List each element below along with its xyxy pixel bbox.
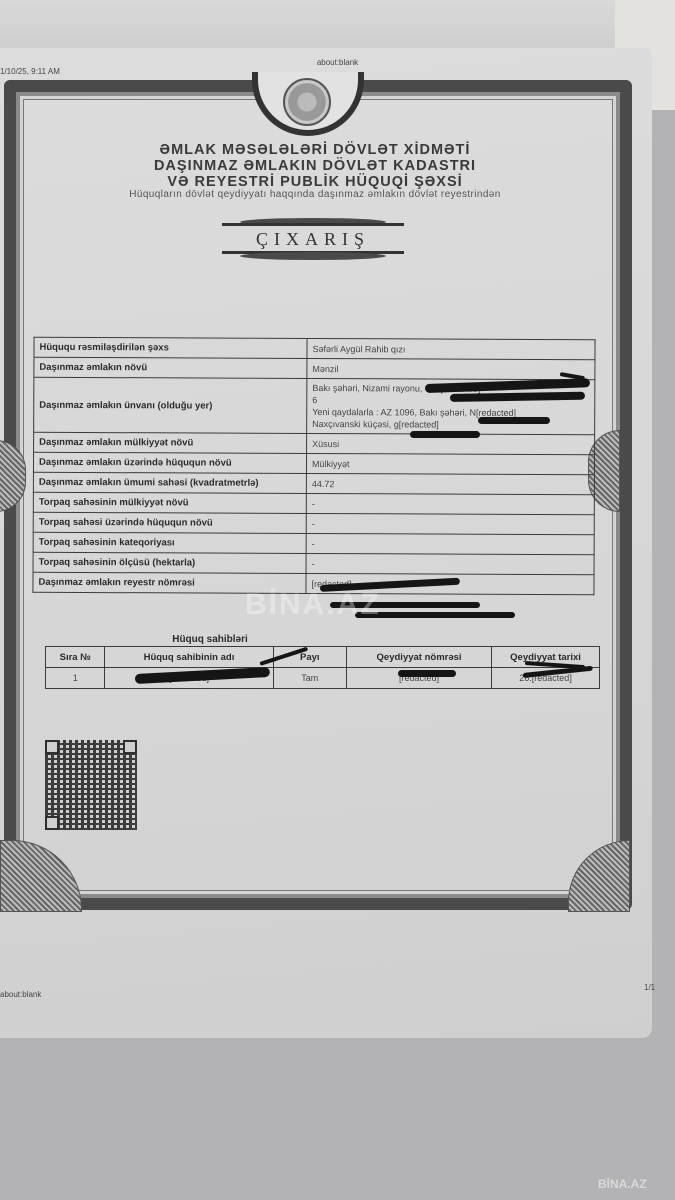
organization-line-2: DAŞINMAZ ƏMLAKIN DÖVLƏT KADASTRI xyxy=(90,158,540,174)
print-footer-page: 1/1 xyxy=(644,983,655,992)
info-label: Daşınmaz əmlakın ümumi sahəsi (kvadratme… xyxy=(33,472,306,493)
info-value: Səfərli Aygül Rahib qızı xyxy=(307,338,595,359)
info-row: Daşınmaz əmlakın mülkiyyət növüXüsusi xyxy=(34,432,595,454)
info-value: - xyxy=(306,493,594,514)
owners-cell: 1 xyxy=(46,668,105,689)
organization-line-1: ƏMLAK MƏSƏLƏLƏRİ DÖVLƏT XİDMƏTİ xyxy=(90,142,540,158)
owners-column-header: Sıra № xyxy=(46,647,105,668)
redaction-mark xyxy=(478,417,550,424)
banner-rule xyxy=(222,223,404,226)
info-row: Daşınmaz əmlakın üzərində hüququn növüMü… xyxy=(33,452,594,474)
qr-finder xyxy=(45,740,59,754)
info-label: Torpaq sahəsi üzərində hüququn növü xyxy=(33,512,306,533)
info-label: Torpaq sahəsinin kateqoriyası xyxy=(33,532,306,553)
info-value: Mənzil xyxy=(307,358,595,379)
watermark: BİNA.AZ xyxy=(245,588,381,622)
info-value: 44.72 xyxy=(306,473,594,494)
redaction-mark xyxy=(398,670,456,677)
info-value: - xyxy=(306,553,594,574)
info-row: Torpaq sahəsi üzərində hüququn növü- xyxy=(33,512,594,534)
info-row: Torpaq sahəsinin ölçüsü (hektarla)- xyxy=(33,552,594,574)
print-header-date: 1/10/25, 9:11 AM xyxy=(0,67,60,76)
organization-line-3: VƏ REYESTRİ PUBLİK HÜQUQİ ŞƏXSİ xyxy=(90,174,540,190)
print-header-url: about:blank xyxy=(0,58,675,67)
redaction-mark xyxy=(410,431,480,438)
owners-table: Sıra №Hüquq sahibinin adıPayıQeydiyyat n… xyxy=(45,646,600,689)
qr-finder xyxy=(45,816,59,830)
info-label: Daşınmaz əmlakın növü xyxy=(34,357,307,378)
info-row: Hüququ rəsmiləşdirilən şəxsSəfərli Aygül… xyxy=(34,337,595,359)
qr-code-icon xyxy=(45,740,137,830)
info-label: Daşınmaz əmlakın üzərində hüququn növü xyxy=(33,452,306,473)
state-emblem-icon xyxy=(283,78,331,126)
owners-cell: Tam xyxy=(273,668,347,689)
document-title: ÇIXARIŞ xyxy=(222,229,404,250)
info-row: Daşınmaz əmlakın növüMənzil xyxy=(34,357,595,379)
info-row: Torpaq sahəsinin mülkiyyət növü- xyxy=(33,492,594,514)
document-subtitle: Hüquqların dövlət qeydiyyatı haqqında da… xyxy=(80,189,550,200)
info-value: - xyxy=(306,533,594,554)
owners-column-header: Hüquq sahibinin adı xyxy=(105,647,273,668)
info-label: Torpaq sahəsinin ölçüsü (hektarla) xyxy=(33,552,306,573)
info-label: Daşınmaz əmlakın ünvanı (olduğu yer) xyxy=(34,377,307,433)
info-row: Daşınmaz əmlakın ümumi sahəsi (kvadratme… xyxy=(33,472,594,494)
banner-decoration xyxy=(240,252,386,260)
document-title-banner: ÇIXARIŞ xyxy=(222,218,404,260)
print-footer-url: about:blank xyxy=(0,990,41,999)
info-label: Hüququ rəsmiləşdirilən şəxs xyxy=(34,337,307,358)
info-row: Torpaq sahəsinin kateqoriyası- xyxy=(33,532,594,554)
info-value: - xyxy=(306,513,594,534)
property-info-table: Hüququ rəsmiləşdirilən şəxsSəfərli Aygül… xyxy=(32,337,595,595)
info-label: Torpaq sahəsinin mülkiyyət növü xyxy=(33,492,306,513)
info-value: Mülkiyyət xyxy=(306,453,594,474)
owners-title: Hüquq sahibləri xyxy=(140,634,280,645)
owners-row: 1[redacted]Tam[redacted]26.[redacted] xyxy=(46,668,600,689)
site-watermark: BİNA.AZ xyxy=(598,1177,647,1191)
info-label: Daşınmaz əmlakın mülkiyyət növü xyxy=(34,432,307,453)
owners-column-header: Qeydiyyat nömrəsi xyxy=(347,647,492,668)
qr-finder xyxy=(123,740,137,754)
